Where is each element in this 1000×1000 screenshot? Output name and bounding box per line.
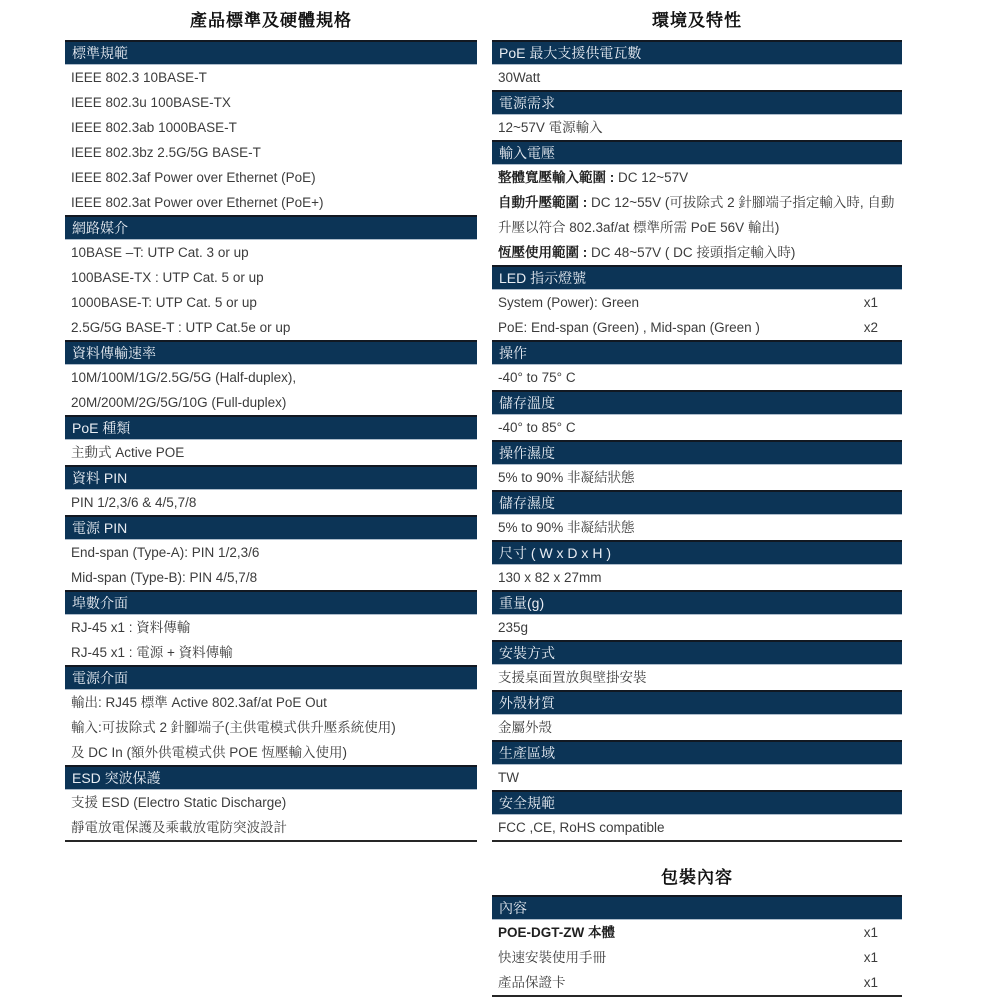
row-quantity: x2 bbox=[864, 315, 898, 340]
section-header: 儲存溫度 bbox=[492, 390, 902, 415]
spec-row: PIN 1/2,3/6 & 4/5,7/8 bbox=[65, 490, 477, 515]
section-header: PoE 種類 bbox=[65, 415, 477, 440]
row-text: 金屬外殼 bbox=[498, 715, 898, 740]
row-text: 支援桌面置放與壁掛安裝 bbox=[498, 665, 898, 690]
spec-row: System (Power): Greenx1 bbox=[492, 290, 902, 315]
spec-sheet-page: { "left_column": { "title": "產品標準及硬體規格",… bbox=[0, 0, 1000, 1000]
spec-row: 輸出: RJ45 標準 Active 802.3af/at PoE Out bbox=[65, 690, 477, 715]
row-value: DC 48~57V ( DC 接頭指定輸入時) bbox=[591, 245, 795, 260]
spec-row: FCC ,CE, RoHS compatible bbox=[492, 815, 902, 842]
row-quantity: x1 bbox=[864, 945, 898, 970]
section-header: 標準規範 bbox=[65, 40, 477, 65]
row-text: PIN 1/2,3/6 & 4/5,7/8 bbox=[71, 490, 473, 515]
spec-row: -40° to 85° C bbox=[492, 415, 902, 440]
spec-row: PoE: End-span (Green) , Mid-span (Green … bbox=[492, 315, 902, 340]
row-text: 主動式 Active POE bbox=[71, 440, 473, 465]
left-column: 產品標準及硬體規格 標準規範IEEE 802.3 10BASE-TIEEE 80… bbox=[65, 6, 477, 842]
section-header: 資料 PIN bbox=[65, 465, 477, 490]
spec-row: 主動式 Active POE bbox=[65, 440, 477, 465]
row-text: IEEE 802.3u 100BASE-TX bbox=[71, 90, 473, 115]
spec-row: 整體寬壓輸入範圍 : DC 12~57V bbox=[492, 165, 902, 190]
spec-row: 5% to 90% 非凝結狀態 bbox=[492, 515, 902, 540]
section-header: 網路媒介 bbox=[65, 215, 477, 240]
section-header: 操作濕度 bbox=[492, 440, 902, 465]
row-text: 1000BASE-T: UTP Cat. 5 or up bbox=[71, 290, 473, 315]
row-label: 自動升壓範圍 : bbox=[498, 195, 591, 210]
spec-row: IEEE 802.3u 100BASE-TX bbox=[65, 90, 477, 115]
row-text: IEEE 802.3ab 1000BASE-T bbox=[71, 115, 473, 140]
row-text: 支援 ESD (Electro Static Discharge) bbox=[71, 790, 473, 815]
spec-row: IEEE 802.3 10BASE-T bbox=[65, 65, 477, 90]
left-column-title: 產品標準及硬體規格 bbox=[65, 6, 477, 40]
row-text: 130 x 82 x 27mm bbox=[498, 565, 898, 590]
section-header: 重量(g) bbox=[492, 590, 902, 615]
spec-row: 5% to 90% 非凝結狀態 bbox=[492, 465, 902, 490]
row-text: 2.5G/5G BASE-T : UTP Cat.5e or up bbox=[71, 315, 473, 340]
environment-spec-table: PoE 最大支援供電瓦數30Watt電源需求12~57V 電源輸入輸入電壓整體寬… bbox=[492, 40, 902, 842]
section-header: 資料傳輸速率 bbox=[65, 340, 477, 365]
section-header: PoE 最大支援供電瓦數 bbox=[492, 40, 902, 65]
row-text: -40° to 75° C bbox=[498, 365, 898, 390]
row-text: IEEE 802.3af Power over Ethernet (PoE) bbox=[71, 165, 473, 190]
row-text: 恆壓使用範圍 : DC 48~57V ( DC 接頭指定輸入時) bbox=[498, 240, 898, 265]
row-text: 輸出: RJ45 標準 Active 802.3af/at PoE Out bbox=[71, 690, 473, 715]
row-text: 自動升壓範圍 : DC 12~55V (可拔除式 2 針腳端子指定輸入時, 自動… bbox=[498, 190, 898, 240]
section-header: LED 指示燈號 bbox=[492, 265, 902, 290]
row-text: IEEE 802.3 10BASE-T bbox=[71, 65, 473, 90]
spec-row: 10BASE –T: UTP Cat. 3 or up bbox=[65, 240, 477, 265]
row-text: TW bbox=[498, 765, 898, 790]
row-text: 靜電放電保護及乘載放電防突波設計 bbox=[71, 815, 473, 840]
spec-row: End-span (Type-A): PIN 1/2,3/6 bbox=[65, 540, 477, 565]
row-text: 快速安裝使用手冊 bbox=[498, 945, 864, 970]
row-text: RJ-45 x1 : 電源 + 資料傳輸 bbox=[71, 640, 473, 665]
spec-row: RJ-45 x1 : 電源 + 資料傳輸 bbox=[65, 640, 477, 665]
spec-row: 20M/200M/2G/5G/10G (Full-duplex) bbox=[65, 390, 477, 415]
section-header: 電源需求 bbox=[492, 90, 902, 115]
row-text: 10BASE –T: UTP Cat. 3 or up bbox=[71, 240, 473, 265]
row-label: 恆壓使用範圍 : bbox=[498, 245, 591, 260]
spec-row: 12~57V 電源輸入 bbox=[492, 115, 902, 140]
spec-row: IEEE 802.3ab 1000BASE-T bbox=[65, 115, 477, 140]
section-header: 尺寸 ( W x D x H ) bbox=[492, 540, 902, 565]
spec-row: IEEE 802.3bz 2.5G/5G BASE-T bbox=[65, 140, 477, 165]
spec-row: Mid-span (Type-B): PIN 4/5,7/8 bbox=[65, 565, 477, 590]
spec-row: -40° to 75° C bbox=[492, 365, 902, 390]
row-text: 30Watt bbox=[498, 65, 898, 90]
section-header: 電源 PIN bbox=[65, 515, 477, 540]
spec-row: 快速安裝使用手冊x1 bbox=[492, 945, 902, 970]
row-text: System (Power): Green bbox=[498, 290, 864, 315]
spec-row: 2.5G/5G BASE-T : UTP Cat.5e or up bbox=[65, 315, 477, 340]
spec-row: 恆壓使用範圍 : DC 48~57V ( DC 接頭指定輸入時) bbox=[492, 240, 902, 265]
row-text: -40° to 85° C bbox=[498, 415, 898, 440]
section-header: 外殼材質 bbox=[492, 690, 902, 715]
section-header: 儲存濕度 bbox=[492, 490, 902, 515]
row-text: 12~57V 電源輸入 bbox=[498, 115, 898, 140]
row-text: 5% to 90% 非凝結狀態 bbox=[498, 465, 898, 490]
spec-row: POE-DGT-ZW 本體x1 bbox=[492, 920, 902, 945]
package-contents-table: 內容POE-DGT-ZW 本體x1快速安裝使用手冊x1產品保證卡x1 bbox=[492, 895, 902, 997]
row-text: FCC ,CE, RoHS compatible bbox=[498, 815, 898, 840]
right-column-title: 環境及特性 bbox=[492, 6, 902, 40]
hardware-spec-table: 標準規範IEEE 802.3 10BASE-TIEEE 802.3u 100BA… bbox=[65, 40, 477, 842]
spec-row: 30Watt bbox=[492, 65, 902, 90]
section-header: 內容 bbox=[492, 895, 902, 920]
row-text: 輸入:可拔除式 2 針腳端子(主供電模式供升壓系統使用) bbox=[71, 715, 473, 740]
spec-row: RJ-45 x1 : 資料傳輸 bbox=[65, 615, 477, 640]
row-text: PoE: End-span (Green) , Mid-span (Green … bbox=[498, 315, 864, 340]
row-text: IEEE 802.3bz 2.5G/5G BASE-T bbox=[71, 140, 473, 165]
package-contents-block: 包裝內容 內容POE-DGT-ZW 本體x1快速安裝使用手冊x1產品保證卡x1 bbox=[492, 858, 902, 997]
package-title: 包裝內容 bbox=[492, 858, 902, 895]
row-text: 100BASE-TX : UTP Cat. 5 or up bbox=[71, 265, 473, 290]
row-value: DC 12~57V bbox=[618, 170, 688, 185]
spec-row: TW bbox=[492, 765, 902, 790]
section-header: 操作 bbox=[492, 340, 902, 365]
spec-row: 100BASE-TX : UTP Cat. 5 or up bbox=[65, 265, 477, 290]
row-text: RJ-45 x1 : 資料傳輸 bbox=[71, 615, 473, 640]
spec-row: 支援 ESD (Electro Static Discharge) bbox=[65, 790, 477, 815]
spec-row: 產品保證卡x1 bbox=[492, 970, 902, 997]
spec-row: 130 x 82 x 27mm bbox=[492, 565, 902, 590]
row-text: IEEE 802.3at Power over Ethernet (PoE+) bbox=[71, 190, 473, 215]
row-text: 5% to 90% 非凝結狀態 bbox=[498, 515, 898, 540]
row-text: 產品保證卡 bbox=[498, 970, 864, 995]
section-header: ESD 突波保護 bbox=[65, 765, 477, 790]
section-header: 埠數介面 bbox=[65, 590, 477, 615]
row-text: 10M/100M/1G/2.5G/5G (Half-duplex), bbox=[71, 365, 473, 390]
row-text: 整體寬壓輸入範圍 : DC 12~57V bbox=[498, 165, 898, 190]
row-quantity: x1 bbox=[864, 970, 898, 995]
row-text: End-span (Type-A): PIN 1/2,3/6 bbox=[71, 540, 473, 565]
spec-row: 1000BASE-T: UTP Cat. 5 or up bbox=[65, 290, 477, 315]
spec-row: IEEE 802.3af Power over Ethernet (PoE) bbox=[65, 165, 477, 190]
row-quantity: x1 bbox=[864, 920, 898, 945]
spec-row: 靜電放電保護及乘載放電防突波設計 bbox=[65, 815, 477, 842]
spec-row: 235g bbox=[492, 615, 902, 640]
row-quantity: x1 bbox=[864, 290, 898, 315]
section-header: 生產區域 bbox=[492, 740, 902, 765]
section-header: 安裝方式 bbox=[492, 640, 902, 665]
section-header: 輸入電壓 bbox=[492, 140, 902, 165]
row-text: 及 DC In (額外供電模式供 POE 恆壓輸入使用) bbox=[71, 740, 473, 765]
row-text: 20M/200M/2G/5G/10G (Full-duplex) bbox=[71, 390, 473, 415]
section-header: 電源介面 bbox=[65, 665, 477, 690]
right-column: 環境及特性 PoE 最大支援供電瓦數30Watt電源需求12~57V 電源輸入輸… bbox=[492, 6, 902, 997]
section-header: 安全規範 bbox=[492, 790, 902, 815]
spec-row: 輸入:可拔除式 2 針腳端子(主供電模式供升壓系統使用) bbox=[65, 715, 477, 740]
row-label: 整體寬壓輸入範圍 : bbox=[498, 170, 618, 185]
spec-row: 金屬外殼 bbox=[492, 715, 902, 740]
spec-row: 10M/100M/1G/2.5G/5G (Half-duplex), bbox=[65, 365, 477, 390]
row-text: 235g bbox=[498, 615, 898, 640]
row-text: Mid-span (Type-B): PIN 4/5,7/8 bbox=[71, 565, 473, 590]
row-text: POE-DGT-ZW 本體 bbox=[498, 920, 864, 945]
spec-row: 自動升壓範圍 : DC 12~55V (可拔除式 2 針腳端子指定輸入時, 自動… bbox=[492, 190, 902, 240]
spec-row: 支援桌面置放與壁掛安裝 bbox=[492, 665, 902, 690]
spec-row: IEEE 802.3at Power over Ethernet (PoE+) bbox=[65, 190, 477, 215]
spec-row: 及 DC In (額外供電模式供 POE 恆壓輸入使用) bbox=[65, 740, 477, 765]
